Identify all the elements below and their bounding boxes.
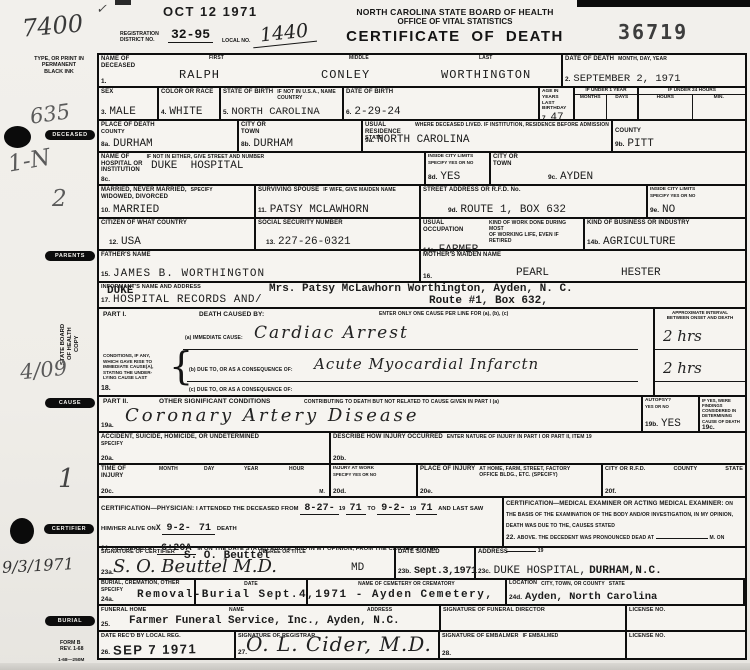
hospital-icl-number: 8d.	[428, 174, 437, 181]
mother-label: MOTHER'S MAIDEN NAME	[423, 252, 743, 259]
cemetery-label: NAME OF CEMETERY OR CREMATORY	[310, 581, 503, 587]
marital-sublabel: SPECIFY	[191, 187, 213, 193]
org-line2: OFFICE OF VITAL STATISTICS	[305, 17, 605, 26]
hospital-label: NAME OF HOSPITAL OR INSTITUTION	[101, 154, 143, 174]
tab-certifier: CERTIFIER	[44, 524, 94, 534]
time-meridiem-label: M.	[319, 489, 325, 495]
field-residence-inside-city: INSIDE CITY LIMITS SPECIFY YES OR NO 9e.…	[648, 186, 745, 217]
last-saw-year: 71	[195, 523, 215, 535]
funeral-address-header: ADDRESS	[367, 607, 392, 613]
race-number: 4.	[161, 109, 166, 116]
sex-label: SEX	[101, 89, 155, 96]
field-embalmer-license: LICENSE NO.	[627, 632, 745, 658]
field-pod-city: CITY OR TOWN 8b.DURHAM	[239, 121, 363, 151]
funeral-home-value: Farmer Funeral Service, Inc., Ayden, N.C…	[129, 615, 400, 627]
citizen-label: CITIZEN OF WHAT COUNTRY	[101, 220, 252, 227]
injury-city-label: CITY OR R.F.D.	[605, 466, 645, 472]
field-certification-medical-examiner: CERTIFICATION—MEDICAL EXAMINER OR ACTING…	[504, 498, 745, 546]
handwritten-409: 4/09	[19, 356, 68, 385]
due-to-c-label: (c) DUE TO, OR AS A CONSEQUENCE OF:	[189, 387, 292, 393]
hospital-number: 8c.	[101, 176, 110, 183]
embalmer-license-label: LICENSE NO.	[629, 633, 743, 639]
field-hospital-inside-city: INSIDE CITY LIMITS SPECIFY YES OR NO 8d.…	[426, 153, 491, 184]
autopsy-value: YES	[661, 418, 681, 430]
injury-state-label: STATE	[725, 466, 743, 472]
hole-punch	[10, 518, 34, 544]
field-other-conditions: PART II. OTHER SIGNIFICANT CONDITIONS CO…	[99, 397, 643, 431]
registration-district-value: 32-95	[168, 27, 213, 43]
field-interval: APPROXIMATE INTERVAL BETWEEN ONSET AND D…	[655, 309, 745, 395]
field-burial-location: LOCATIONCITY, TOWN, OR COUNTYSTATE 24d.A…	[507, 580, 745, 604]
certifier-handwritten-signature: S. O. Beuttel M.D.	[113, 556, 277, 577]
interval-label: APPROXIMATE INTERVAL BETWEEN ONSET AND D…	[657, 310, 743, 321]
spouse-sublabel: IF WIFE, GIVE MAIDEN NAME	[323, 187, 396, 193]
birth-state-number: 5.	[223, 109, 228, 116]
burial-date-label: DATE	[198, 581, 304, 587]
row-certification: CERTIFICATION—PHYSICIAN: I ATTENDED THE …	[99, 498, 745, 548]
certificate-title: CERTIFICATE OF DEATH	[305, 28, 605, 45]
attended-to-year: 71	[416, 503, 436, 515]
pronounced-time-blank	[656, 532, 708, 539]
to-text: TO	[367, 506, 375, 512]
field-funeral-home: FUNERAL HOME NAME ADDRESS 25. Farmer Fun…	[99, 606, 441, 630]
registrar-handwritten-signature: O. L. Cider, M.D.	[246, 632, 432, 656]
field-under-1-year: IF UNDER 1 YEAR MONTHS DAYS	[575, 88, 639, 119]
field-race: COLOR OR RACE 4.WHITE	[159, 88, 221, 119]
handwritten-1: 1	[58, 464, 75, 494]
due-to-b-value: Acute Myocardial Infarctn	[314, 355, 539, 373]
field-funeral-director-signature: SIGNATURE OF FUNERAL DIRECTOR	[441, 606, 627, 630]
autopsy-sublabel: YES OR NO	[645, 404, 696, 409]
row-cause-part1: PART I. DEATH CAUSED BY: ENTER ONLY ONE …	[99, 309, 745, 397]
org-line1: NORTH CAROLINA STATE BOARD OF HEALTH	[305, 7, 605, 17]
conditions-note: CONDITIONS, IF ANY, WHICH GAVE RISE TO I…	[103, 353, 175, 381]
row-citizen: CITIZEN OF WHAT COUNTRY 12.USA SOCIAL SE…	[99, 219, 745, 251]
attended-to-value: 9-2-	[377, 503, 409, 515]
immediate-cause-value: Cardiac Arrest	[254, 323, 409, 343]
field-surviving-spouse: SURVIVING SPOUSEIF WIFE, GIVE MAIDEN NAM…	[256, 186, 421, 217]
attended-text: I ATTENDED THE DECEASED FROM	[196, 506, 299, 512]
handwritten-1n: 1-N	[6, 145, 52, 178]
tab-deceased: DECEASED	[45, 130, 95, 140]
marital-value: MARRIED	[113, 204, 159, 216]
mother-last-value: HESTER	[621, 267, 661, 279]
month-header: MONTH	[159, 466, 178, 472]
burial-location-value: Ayden, North Carolina	[525, 591, 657, 603]
informant-number: 17.	[101, 297, 110, 304]
field-describe-injury: DESCRIBE HOW INJURY OCCURREDENTER NATURE…	[331, 433, 745, 463]
first-header: FIRST	[209, 55, 224, 61]
sex-value: MALE	[109, 106, 135, 118]
one-cause-note: ENTER ONLY ONE CAUSE PER LINE FOR (a), (…	[379, 311, 508, 317]
spouse-label: SURVIVING SPOUSE	[258, 187, 319, 194]
row-name: NAME OF DECEASED FIRST MIDDLE LAST 1. RA…	[99, 55, 745, 88]
row-cause-part2: PART II. OTHER SIGNIFICANT CONDITIONS CO…	[99, 397, 745, 433]
informant-name-value: Mrs. Patsy McLawhorn Worthington, Ayden,…	[269, 283, 573, 295]
print-instruction: TYPE, OR PRINT IN PERMANENT BLACK INK	[26, 56, 92, 75]
race-label: COLOR OR RACE	[161, 89, 217, 96]
field-autopsy: AUTOPSY? YES OR NO 19b.YES	[643, 397, 700, 431]
item-26-number: 26.	[101, 649, 110, 656]
handwritten-7400: 7400	[21, 9, 84, 42]
interval-b-value: 2 hrs	[663, 359, 702, 377]
field-date-signed: DATE SIGNED 23b.Sept.3,1971	[396, 548, 476, 578]
field-residence-county: COUNTY 9b.PITT	[613, 121, 745, 151]
middle-name-value: CONLEY	[321, 68, 370, 82]
hospital-icl-sublabel: SPECIFY YES OR NO	[428, 160, 487, 165]
residence-city-number: 9c.	[548, 174, 557, 181]
describe-number: 20b.	[333, 455, 346, 462]
physician-cert-label: CERTIFICATION—PHYSICIAN:	[101, 505, 194, 512]
field-autopsy-findings: IF YES, WERE FINDINGS CONSIDERED IN DETE…	[700, 397, 745, 431]
item-19a-number: 19a.	[101, 422, 114, 429]
serial-number: 36719	[618, 20, 688, 44]
handwritten-635: 635	[29, 99, 72, 128]
death-certificate-scan: ✓ 7400 OCT 12 1971 REGISTRATION DISTRICT…	[0, 0, 750, 670]
field-industry: KIND OF BUSINESS OR INDUSTRY 14b.AGRICUL…	[585, 219, 745, 249]
field-date-received: DATE REC'D BY LOCAL REG. 26.SEP 7 1971	[99, 632, 236, 658]
immediate-cause-label: (a) IMMEDIATE CAUSE:	[185, 335, 243, 341]
handwritten-filing-date: 9/3/1971	[2, 554, 75, 577]
field-hospital: NAME OF HOSPITAL OR INSTITUTIONIF NOT IN…	[99, 153, 426, 184]
informant-address-value: Route #1, Box 632,	[429, 295, 548, 307]
birth-state-label: STATE OF BIRTH	[223, 89, 273, 96]
form-number: FORM B REV. 1-68	[60, 640, 83, 652]
ssn-label: SOCIAL SECURITY NUMBER	[258, 220, 417, 227]
scan-mark	[115, 0, 131, 5]
received-date-stamp: OCT 12 1971	[163, 4, 258, 19]
field-ssn: SOCIAL SECURITY NUMBER 13.227-26-0321	[256, 219, 421, 249]
certifier-degree-value: MD	[351, 562, 364, 574]
field-certification-physician: CERTIFICATION—PHYSICIAN: I ATTENDED THE …	[99, 498, 504, 546]
field-certifier-signature: SIGNATURE OF CERTIFIER DEGREE OR TITLE S…	[99, 548, 396, 578]
burial-location-label: LOCATION	[509, 581, 537, 587]
row-marital: MARRIED, NEVER MARRIED, WIDOWED, DIVORCE…	[99, 186, 745, 219]
under24-hours-label: HOURS	[639, 95, 692, 101]
dob-number: 6.	[346, 109, 351, 116]
mother-first-value: PEARL	[516, 267, 549, 279]
death-caused-by-label: DEATH CAUSED BY:	[199, 311, 264, 318]
row-hospital: NAME OF HOSPITAL OR INSTITUTIONIF NOT IN…	[99, 153, 745, 186]
dod-label: DATE OF DEATH	[565, 56, 614, 63]
injury-at-work-sublabel: SPECIFY YES OR NO	[333, 472, 414, 477]
occupation-sublabel: KIND OF WORK DONE DURING MOST OF WORKING…	[489, 220, 581, 244]
last-saw-date: 9-2-	[162, 523, 194, 535]
findings-label: IF YES, WERE FINDINGS CONSIDERED IN DETE…	[702, 398, 743, 424]
residence-state-value: NORTH CAROLINA	[377, 134, 469, 146]
spouse-value: PATSY MCLAWHORN	[270, 204, 369, 216]
field-time-of-injury: TIME OF INJURY MONTH DAY YEAR HOUR 20c. …	[99, 465, 331, 496]
pod-county-number: 8a.	[101, 141, 110, 148]
ssn-number: 13.	[266, 239, 275, 246]
field-date-of-death: DATE OF DEATHMONTH, DAY, YEAR 2.SEPTEMBE…	[563, 55, 745, 86]
pod-city-value: DURHAM	[253, 138, 293, 150]
field-under-24-hours: IF UNDER 24 HOURS HOURS MIN.	[639, 88, 745, 119]
item-22-number: 22.	[506, 534, 515, 541]
father-value: JAMES B. WORTHINGTON	[113, 268, 265, 280]
pod-header: PLACE OF DEATH	[101, 122, 235, 129]
burial-location-sub1: CITY, TOWN, OR COUNTY	[541, 581, 605, 587]
med-pronounced-text: ABOVE. THE DECEDENT WAS PRONOUNCED DEAD …	[517, 535, 654, 541]
address-value-1: DUKE HOSPITAL,	[494, 565, 586, 577]
field-father-name: FATHER'S NAME 15.JAMES B. WORTHINGTON	[99, 251, 421, 281]
residence-header-sub: WHERE DECEASED LIVED. IF INSTITUTION, RE…	[415, 122, 609, 128]
medical-examiner-label: CERTIFICATION—MEDICAL EXAMINER OR ACTING…	[506, 501, 724, 507]
cause-b-line	[187, 381, 638, 382]
street-value: ROUTE 1, BOX 632	[460, 204, 566, 216]
residence-icl-value: NO	[662, 204, 675, 216]
field-name-of-deceased: NAME OF DECEASED FIRST MIDDLE LAST 1. RA…	[99, 55, 563, 86]
field-date-of-birth: DATE OF BIRTH 6.2-29-24	[344, 88, 540, 119]
row-personal: SEX 3.MALE COLOR OR RACE 4.WHITE STATE O…	[99, 88, 745, 121]
tab-parents: PARENTS	[45, 251, 95, 261]
item-28-number: 28.	[442, 650, 451, 657]
under24-label: IF UNDER 24 HOURS	[639, 88, 745, 95]
burial-type-number: 24a.	[101, 596, 114, 603]
row-injury-details: TIME OF INJURY MONTH DAY YEAR HOUR 20c. …	[99, 465, 745, 498]
row-accident: ACCIDENT, SUICIDE, HOMICIDE, OR UNDETERM…	[99, 433, 745, 465]
field-occupation: USUAL OCCUPATIONKIND OF WORK DONE DURING…	[421, 219, 585, 249]
accident-sublabel: SPECIFY	[101, 441, 327, 447]
residence-icl-number: 9e.	[650, 207, 659, 214]
hospital-value: DUKE HOSPITAL	[151, 160, 243, 172]
injury-county-label: COUNTY	[673, 466, 697, 472]
field-state-of-birth: STATE OF BIRTHIF NOT IN U.S.A., NAME COU…	[221, 88, 344, 119]
date-received-stamp: SEP 7 1971	[113, 641, 197, 657]
field-injury-at-work: INJURY AT WORK SPECIFY YES OR NO 20d.	[331, 465, 418, 496]
last-header: LAST	[479, 55, 492, 61]
spouse-number: 11.	[258, 207, 267, 214]
field-marital-status: MARRIED, NEVER MARRIED, WIDOWED, DIVORCE…	[99, 186, 256, 217]
field-injury-location: CITY OR R.F.D. COUNTY STATE 20f.	[603, 465, 745, 496]
registration-district-label: REGISTRATION DISTRICT NO.	[120, 31, 166, 43]
residence-county-label: COUNTY	[615, 128, 743, 135]
field-age: AGE IN YEARS LAST BIRTHDAY 7.47	[540, 88, 575, 119]
residence-city-value: AYDEN	[560, 171, 593, 183]
under1-days-label: DAYS	[607, 95, 638, 101]
under1-label: IF UNDER 1 YEAR	[575, 88, 637, 95]
him-her-xmark: X	[156, 524, 161, 533]
pod-city-label: CITY OR TOWN	[241, 122, 359, 135]
ssn-value: 227-26-0321	[278, 236, 351, 248]
date-signed-label: DATE SIGNED	[398, 549, 472, 556]
autopsy-number: 19b.	[645, 421, 658, 428]
race-value: WHITE	[169, 106, 202, 118]
cause-a-line	[183, 349, 638, 350]
place-of-injury-sublabel: AT HOME, FARM, STREET, FACTORY OFFICE BL…	[479, 466, 570, 478]
field-accident-type: ACCIDENT, SUICIDE, HOMICIDE, OR UNDETERM…	[99, 433, 331, 463]
citizen-value: USA	[121, 236, 141, 248]
year-header: YEAR	[244, 466, 258, 472]
father-number: 15.	[101, 271, 110, 278]
attended-from-year: 71	[346, 503, 366, 515]
middle-header: MIDDLE	[349, 55, 369, 61]
field-director-license: LICENSE NO.	[627, 606, 745, 630]
interval-a-value: 2 hrs	[663, 327, 702, 345]
last-name-value: WORTHINGTON	[441, 68, 531, 82]
place-of-injury-label: PLACE OF INJURY	[420, 466, 475, 473]
findings-number: 19c.	[702, 424, 715, 431]
row-funeral-home: FUNERAL HOME NAME ADDRESS 25. Farmer Fun…	[99, 606, 745, 632]
item-18-number: 18.	[101, 385, 111, 392]
field-pod-county: PLACE OF DEATH COUNTY 8a.DURHAM	[99, 121, 239, 151]
row-parents: FATHER'S NAME 15.JAMES B. WORTHINGTON MO…	[99, 251, 745, 283]
father-label: FATHER'S NAME	[101, 252, 417, 259]
hospital-icl-value: YES	[440, 171, 460, 183]
street-label: STREET ADDRESS OR R.F.D. No.	[423, 187, 644, 194]
director-license-label: LICENSE NO.	[629, 607, 743, 613]
field-residence-state: USUAL RESIDENCEWHERE DECEASED LIVED. IF …	[363, 121, 613, 151]
date-received-label: DATE REC'D BY LOCAL REG.	[101, 633, 232, 639]
under24-min-label: MIN.	[693, 95, 746, 101]
embalmer-label: SIGNATURE OF EMBALMER	[442, 633, 519, 639]
day-header: DAY	[204, 466, 214, 472]
sex-number: 3.	[101, 109, 106, 116]
address-value-2: DURHAM,N.C.	[589, 565, 662, 577]
age-label: AGE IN YEARS LAST BIRTHDAY	[542, 89, 571, 112]
hole-punch	[4, 126, 31, 148]
field-sex: SEX 3.MALE	[99, 88, 159, 119]
row-certifier-signature: SIGNATURE OF CERTIFIER DEGREE OR TITLE S…	[99, 548, 745, 580]
hour-header: HOUR	[289, 466, 304, 472]
burial-location-sub2: STATE	[609, 581, 625, 587]
street-number: 9d.	[448, 207, 457, 214]
row-informant: INFORMANT'S NAME AND ADDRESS DUKE 17. HO…	[99, 283, 745, 309]
tab-burial: BURIAL	[45, 616, 95, 626]
scan-bottom-edge	[0, 663, 750, 670]
due-to-b-label: (b) DUE TO, OR AS A CONSEQUENCE OF:	[189, 367, 293, 373]
field-mother-name: MOTHER'S MAIDEN NAME 16. PEARL HESTER	[421, 251, 745, 281]
field-residence-city: CITY OR TOWN 9c.AYDEN	[491, 153, 745, 184]
industry-label: KIND OF BUSINESS OR INDUSTRY	[587, 220, 743, 227]
date-signed-value: Sept.3,1971	[414, 566, 477, 577]
marital-number: 10.	[101, 207, 110, 214]
pod-county-label: COUNTY	[101, 129, 235, 135]
funeral-director-label: SIGNATURE OF FUNERAL DIRECTOR	[443, 607, 623, 613]
attended-from-value: 8-27-	[300, 503, 339, 515]
pod-city-number: 8b.	[241, 141, 250, 148]
item-23a-number: 23a.	[101, 569, 114, 576]
med-m-on-text: M. ON	[710, 535, 725, 541]
hospital-sublabel: IF NOT IN EITHER, GIVE STREET AND NUMBER	[147, 154, 265, 160]
injury-location-number: 20f.	[605, 488, 616, 495]
item-25-number: 25.	[101, 621, 110, 628]
residence-county-value: PITT	[627, 138, 653, 150]
scan-edge-bar	[577, 0, 750, 7]
handwritten-2: 2	[52, 186, 67, 212]
describe-sublabel: ENTER NATURE OF INJURY IN PART I OR PART…	[447, 434, 592, 440]
field-cause-of-death: PART I. DEATH CAUSED BY: ENTER ONLY ONE …	[99, 309, 655, 395]
burial-location-number: 24d.	[509, 594, 522, 601]
other-conditions-value: Coronary Artery Disease	[125, 405, 420, 426]
year-prefix: 19	[339, 506, 346, 512]
birth-state-value: NORTH CAROLINA	[231, 106, 319, 118]
mother-number: 16.	[423, 273, 432, 280]
part1-label: PART I.	[103, 311, 126, 318]
name-number: 1.	[101, 78, 106, 85]
residence-icl-sublabel: SPECIFY YES OR NO	[650, 193, 743, 198]
row-place-of-death: PLACE OF DEATH COUNTY 8a.DURHAM CITY OR …	[99, 121, 745, 153]
embalmer-sublabel: IF EMBALMED	[523, 633, 559, 639]
conditions-brace: {	[169, 347, 193, 385]
residence-county-number: 9b.	[615, 141, 624, 148]
industry-number: 14b.	[587, 239, 600, 246]
first-name-value: RALPH	[179, 68, 220, 82]
accident-label: ACCIDENT, SUICIDE, HOMICIDE, OR UNDETERM…	[101, 434, 327, 441]
address-label: ADDRESS	[478, 549, 743, 556]
field-embalmer-signature: SIGNATURE OF EMBALMERIF EMBALMED 28.	[440, 632, 627, 658]
field-street-address: STREET ADDRESS OR R.F.D. No. 9d.ROUTE 1,…	[421, 186, 648, 217]
field-informant: INFORMANT'S NAME AND ADDRESS DUKE 17. HO…	[99, 283, 745, 307]
interval-line-a	[655, 349, 745, 350]
interval-line-b	[655, 381, 745, 382]
funeral-home-label: FUNERAL HOME	[101, 607, 146, 613]
handwritten-checkmark: ✓	[96, 2, 107, 17]
burial-details-value: Removal-Burial Sept.4,1971 - Ayden Cemet…	[137, 589, 493, 601]
dod-sublabel: MONTH, DAY, YEAR	[618, 56, 667, 62]
local-no-label: LOCAL NO.	[222, 38, 250, 44]
time-of-injury-number: 20c.	[101, 488, 114, 495]
funeral-name-header: NAME	[229, 607, 244, 613]
informant-typed-records: HOSPITAL RECORDS AND/	[113, 294, 262, 306]
place-of-injury-number: 20e.	[420, 488, 433, 495]
marital-label: MARRIED, NEVER MARRIED, WIDOWED, DIVORCE…	[101, 187, 187, 200]
row-burial: BURIAL, CREMATION, OTHER SPECIFY 24a. DA…	[99, 580, 745, 606]
dod-value: SEPTEMBER 2, 1971	[573, 73, 680, 85]
citizen-number: 12.	[109, 239, 118, 246]
birth-state-sublabel: IF NOT IN U.S.A., NAME COUNTRY	[277, 89, 336, 101]
occupation-label: USUAL OCCUPATION	[423, 220, 485, 233]
death-text: DEATH	[217, 526, 237, 532]
field-citizen: CITIZEN OF WHAT COUNTRY 12.USA	[99, 219, 256, 249]
describe-label: DESCRIBE HOW INJURY OCCURRED	[333, 434, 443, 441]
certificate-form: NAME OF DECEASED FIRST MIDDLE LAST 1. RA…	[97, 53, 747, 660]
injury-at-work-number: 20d.	[333, 488, 346, 495]
field-place-of-injury: PLACE OF INJURYAT HOME, FARM, STREET, FA…	[418, 465, 603, 496]
field-registrar-signature: SIGNATURE OF REGISTRAR 27. O. L. Cider, …	[236, 632, 440, 658]
pod-county-value: DURHAM	[113, 138, 153, 150]
tab-cause: CAUSE	[45, 398, 95, 408]
under1-months-label: MONTHS	[575, 95, 606, 101]
field-certifier-address: ADDRESS 23c.DUKE HOSPITAL,DURHAM,N.C.	[476, 548, 745, 578]
certifier-signature-label: SIGNATURE OF CERTIFIER	[101, 549, 175, 555]
residence-state-number: 9a.	[365, 137, 374, 144]
row-registrar: DATE REC'D BY LOCAL REG. 26.SEP 7 1971 S…	[99, 632, 745, 658]
date-signed-number: 23b.	[398, 568, 411, 575]
residence-city-label: CITY OR TOWN	[493, 154, 743, 167]
dob-value: 2-29-24	[354, 106, 400, 118]
industry-value: AGRICULTURE	[603, 236, 676, 248]
accident-number: 20a.	[101, 455, 114, 462]
address-number: 23c.	[478, 568, 491, 575]
dob-label: DATE OF BIRTH	[346, 89, 536, 96]
dod-number: 2.	[565, 76, 570, 83]
